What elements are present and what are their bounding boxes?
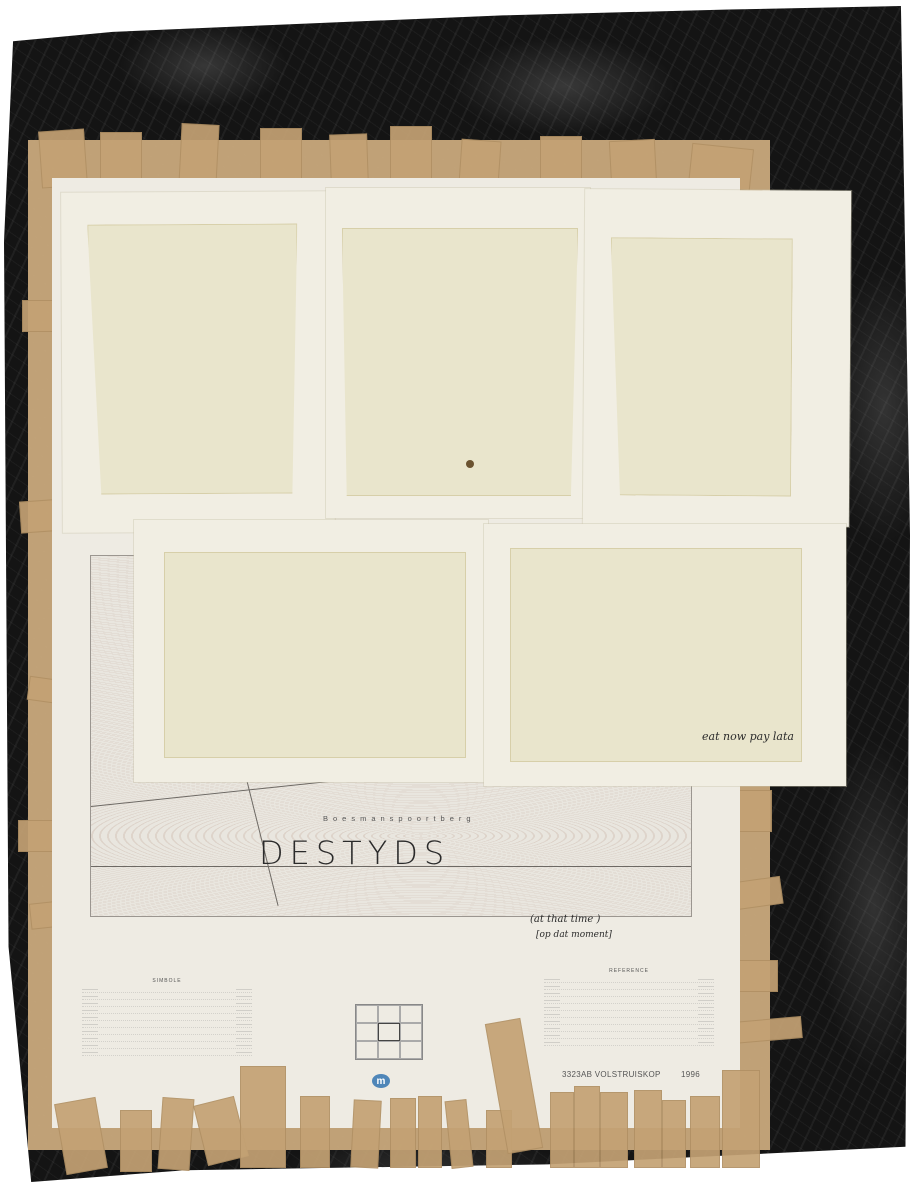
index-cell bbox=[378, 1041, 400, 1059]
tape-strip bbox=[390, 1098, 416, 1168]
legend-row: ———————— bbox=[544, 976, 714, 983]
artwork: SIMBOLE ———————— ———————— ———————— —————… bbox=[0, 0, 916, 1200]
tape-strip bbox=[418, 1096, 442, 1168]
index-cell bbox=[378, 1005, 400, 1023]
legend-row: ———————— bbox=[82, 1021, 252, 1028]
legend-left: SIMBOLE ———————— ———————— ———————— —————… bbox=[82, 978, 252, 1056]
legend-right-title: REFERENCE bbox=[544, 968, 714, 974]
legend-row: ———————— bbox=[544, 1032, 714, 1039]
legend-row: ———————— bbox=[544, 983, 714, 990]
paper-sheet-top-middle bbox=[326, 188, 590, 518]
sheet-code: 3323AB VOLSTRUISKOP bbox=[562, 1070, 661, 1079]
publisher-logo: m bbox=[372, 1074, 390, 1088]
legend-row: ———————— bbox=[544, 1004, 714, 1011]
tape-strip bbox=[722, 1070, 760, 1168]
legend-row: ———————— bbox=[544, 1011, 714, 1018]
legend-row: ———————— bbox=[82, 993, 252, 1000]
legend-row: ———————— bbox=[82, 1007, 252, 1014]
legend-row: ———————— bbox=[82, 1035, 252, 1042]
index-cell bbox=[400, 1005, 422, 1023]
sheet-inner-panel bbox=[164, 552, 466, 758]
handwritten-destyds: DESTYDS bbox=[259, 834, 450, 872]
legend-row: ———————— bbox=[544, 1025, 714, 1032]
index-cell-current bbox=[378, 1023, 400, 1041]
tape-strip bbox=[390, 126, 432, 186]
legend-row: ———————— bbox=[82, 1042, 252, 1049]
sheet-inner-panel bbox=[87, 223, 298, 494]
tape-strip bbox=[300, 1096, 330, 1168]
tape-strip bbox=[240, 1066, 286, 1168]
paper-sheet-bottom-left bbox=[134, 520, 488, 782]
index-cell bbox=[356, 1023, 378, 1041]
handwritten-caption-bracket-en: (at that time ) bbox=[530, 914, 600, 925]
legend-row: ———————— bbox=[544, 1018, 714, 1025]
legend-row: ———————— bbox=[544, 997, 714, 1004]
tape-strip bbox=[690, 1096, 720, 1168]
tape-strip bbox=[600, 1092, 628, 1168]
index-cell bbox=[400, 1023, 422, 1041]
sheet-index-grid bbox=[355, 1004, 423, 1060]
sheet-inner-panel bbox=[342, 228, 578, 496]
tape-strip bbox=[550, 1092, 574, 1168]
stain-mark bbox=[466, 460, 474, 468]
legend-row: ———————— bbox=[82, 986, 252, 993]
sheet-year: 1996 bbox=[681, 1070, 700, 1079]
tape-strip bbox=[120, 1110, 152, 1172]
handwritten-caption-bracket-af: [op dat moment] bbox=[536, 930, 612, 940]
legend-row: ———————— bbox=[82, 1049, 252, 1056]
tape-strip bbox=[634, 1090, 662, 1168]
tape-strip bbox=[662, 1100, 686, 1168]
place-name-label: Boesmanspoortberg bbox=[323, 814, 476, 823]
map-sheet-code: 3323AB VOLSTRUISKOP 1996 bbox=[562, 1070, 700, 1079]
legend-row: ———————— bbox=[544, 990, 714, 997]
index-cell bbox=[400, 1041, 422, 1059]
paper-sheet-bottom-right: eat now pay lata bbox=[484, 524, 846, 786]
tape-strip bbox=[350, 1099, 382, 1168]
index-cell bbox=[356, 1041, 378, 1059]
tape-strip bbox=[158, 1097, 195, 1171]
legend-row: ———————— bbox=[544, 1039, 714, 1046]
index-cell bbox=[356, 1005, 378, 1023]
legend-row: ———————— bbox=[82, 1028, 252, 1035]
handwritten-caption-top: eat now pay lata bbox=[702, 730, 794, 743]
paper-sheet-top-left bbox=[61, 191, 335, 532]
legend-row: ———————— bbox=[82, 1000, 252, 1007]
legend-right: REFERENCE ———————— ———————— ———————— ———… bbox=[544, 968, 714, 1046]
legend-row: ———————— bbox=[82, 1014, 252, 1021]
paper-sheet-top-right bbox=[583, 189, 851, 527]
tape-strip bbox=[574, 1086, 600, 1168]
sheet-inner-panel bbox=[609, 237, 793, 496]
legend-left-title: SIMBOLE bbox=[82, 978, 252, 984]
